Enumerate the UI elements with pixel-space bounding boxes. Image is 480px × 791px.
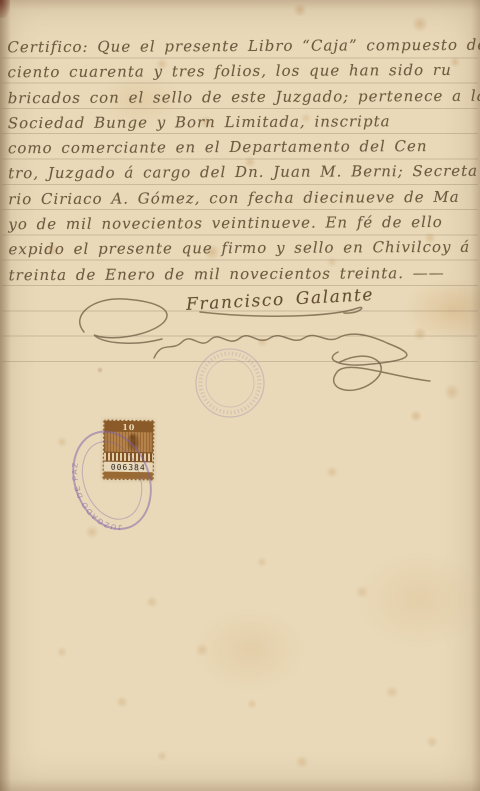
handwritten-line-3: bricados con el sello de este Juzgado; p… [8,83,472,111]
signature-rubric-stroke [80,299,167,343]
revenue-stamp: 10 006384 [103,420,155,481]
round-seal-rim-text-band [201,354,260,413]
handwritten-line-5: como comerciante en el Departamento del … [8,134,472,162]
handwritten-line-2: ciento cuarenta y tres folios, los que h… [7,58,471,86]
stamp-engraving-figure [104,432,153,453]
handwritten-line-9: expido el presente que firmo y sello en … [8,235,472,263]
stamp-value-band: 10 [104,421,153,433]
round-seal-inner-ring [206,359,254,407]
binding-corner-mark [0,0,10,18]
stamp-serial-number: 006384 [104,462,153,473]
paraph-loop-stroke [334,356,430,390]
handwritten-line-8: yo de mil novecientos veintinueve. En fé… [8,210,472,238]
round-seal-outer-ring [196,349,264,417]
stamp-bottom-band [104,472,153,479]
stamp-value: 10 [122,421,135,431]
handwritten-line-1: Certifico: Que el presente Libro “Caja” … [7,33,471,61]
handwritten-line-7: rio Ciriaco A. Gómez, con fecha diecinue… [8,185,472,213]
handwritten-text-block: Certifico: Que el presente Libro “Caja” … [7,33,472,288]
handwritten-line-4: Sociedad Bunge y Born Limitada, inscript… [8,109,472,137]
handwritten-line-6: tro, Juzgado á cargo del Dn. Juan M. Ber… [8,159,472,187]
stamp-microtext-band [104,452,153,463]
handwritten-line-10: treinta de Enero de mil novecientos trei… [9,260,473,288]
signature-francisco-galante: Francisco Galante [186,285,375,315]
signature-illegible-stroke [154,334,407,365]
round-notary-seal [188,341,272,425]
scanned-certificate-page: Certifico: Que el presente Libro “Caja” … [0,0,480,791]
